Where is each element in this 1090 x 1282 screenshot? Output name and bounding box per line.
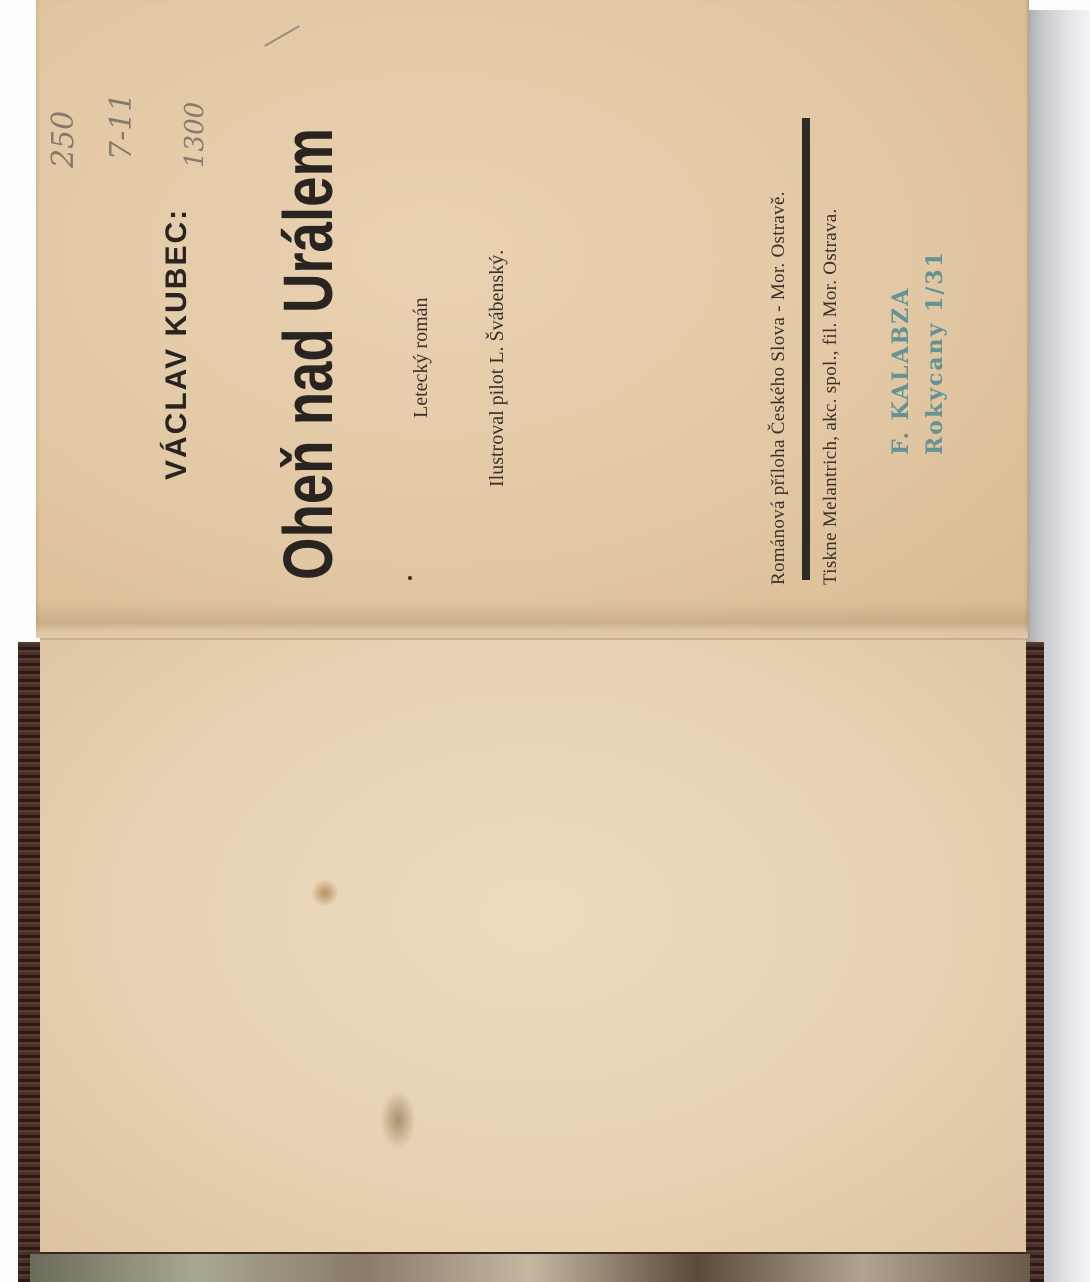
book-subtitle: Letecký román xyxy=(410,298,433,419)
pencil-note: 7-11 xyxy=(104,93,139,160)
divider-rule xyxy=(802,118,810,580)
pencil-note: 1300 xyxy=(180,102,210,168)
illustrator-credit: Ilustroval pilot L. Švábenský. xyxy=(486,250,509,487)
printer-line: Tiskne Melantrich, akc. spol., fil. Mor.… xyxy=(820,208,842,585)
cover-edge-right xyxy=(1024,642,1044,1282)
blank-facing-page xyxy=(40,638,1026,1252)
foxing-stain xyxy=(310,880,340,906)
foxing-stain xyxy=(380,1090,416,1150)
cover-edge-left xyxy=(18,642,40,1282)
publisher-line: Románová příloha Českého Slova - Mor. Os… xyxy=(768,191,790,585)
page-fold xyxy=(36,600,1028,638)
author-name: VÁCLAV KUBEC: xyxy=(160,208,194,480)
pencil-note: 250 xyxy=(46,111,81,168)
owner-stamp-name: F. KALABZA xyxy=(888,287,914,455)
cover-marbled-edge xyxy=(30,1254,1030,1282)
owner-stamp-place: Rokycany 1/31 xyxy=(922,250,948,455)
ink-dot xyxy=(408,576,412,580)
book-title: Oheň nad Urálem xyxy=(268,128,348,580)
